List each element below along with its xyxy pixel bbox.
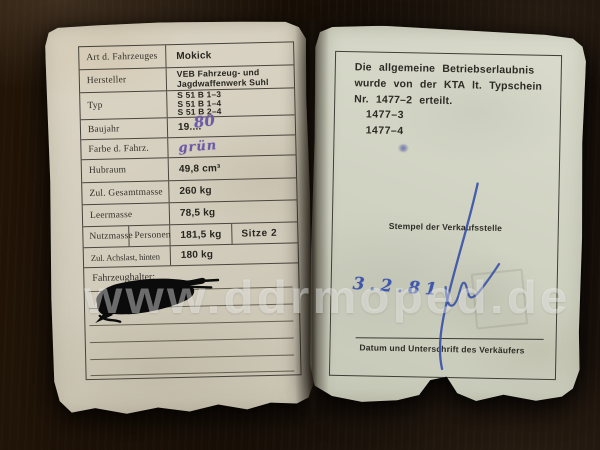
row-label: Hubraum bbox=[82, 158, 169, 182]
signature-caption: Datum und Unterschrift des Verkäufers bbox=[359, 342, 524, 355]
row-label: Zul. Gesamtmasse bbox=[82, 181, 169, 204]
row-value: 260 kg bbox=[169, 178, 296, 202]
typschein-number-3: 1477–3 bbox=[366, 108, 404, 121]
redaction-marker bbox=[89, 269, 224, 327]
photo-of-vehicle-document: Art d. Fahrzeuges Mokick Hersteller VEB … bbox=[0, 0, 600, 450]
ruled-line bbox=[90, 354, 294, 360]
typschein-number-4: 1477–4 bbox=[366, 124, 404, 137]
left-page-wrapper: Art d. Fahrzeuges Mokick Hersteller VEB … bbox=[49, 22, 311, 414]
row-value: S 51 B 1–3 S 51 B 1–4 S 51 B 2–4 bbox=[167, 88, 295, 117]
row-label-split: Nutzmasse Personen bbox=[83, 225, 170, 247]
row-value: grün bbox=[168, 135, 295, 157]
table-row-hubraum: Hubraum 49,8 cm³ bbox=[82, 154, 296, 182]
table-row-typ: Typ S 51 B 1–3 S 51 B 1–4 S 51 B 2–4 bbox=[80, 87, 295, 119]
row-value: 49,8 cm³ bbox=[169, 155, 296, 180]
row-value: Mokick bbox=[166, 42, 293, 67]
hersteller-line2: Jagdwaffenwerk Suhl bbox=[177, 77, 269, 90]
right-page-wrapper: Die allgemeine Betriebserlaubnis wurde v… bbox=[311, 27, 583, 405]
stamp-caption: Stempel der Verkaufsstelle bbox=[389, 221, 503, 233]
personen-label: Personen bbox=[129, 225, 171, 246]
row-label: Farbe d. Fahrz. bbox=[81, 138, 168, 159]
row-label: Zul. Achslast, hinten bbox=[84, 246, 171, 267]
row-value: 19.... 80 bbox=[168, 115, 295, 137]
permit-text: Die allgemeine Betriebserlaubnis wurde v… bbox=[354, 59, 560, 111]
row-label: Hersteller bbox=[80, 68, 167, 92]
ruled-line bbox=[90, 337, 294, 343]
row-label: Baujahr bbox=[81, 118, 168, 139]
vehicle-spec-table: Art d. Fahrzeuges Mokick Hersteller VEB … bbox=[78, 41, 302, 380]
row-value: 78,5 kg bbox=[170, 200, 297, 224]
permit-box: Die allgemeine Betriebserlaubnis wurde v… bbox=[329, 51, 562, 380]
faint-stamp-impression bbox=[471, 268, 528, 329]
row-label: Typ bbox=[80, 91, 168, 119]
row-label: Art d. Fahrzeuges bbox=[79, 45, 166, 69]
nutzmasse-value: 181,5 kg bbox=[170, 224, 232, 245]
table-row-hersteller: Hersteller VEB Fahrzeug- und Jagdwaffenw… bbox=[80, 64, 294, 92]
baujahr-handwritten: 80 bbox=[193, 111, 216, 132]
row-value-split: 181,5 kg Sitze 2 bbox=[170, 222, 297, 245]
sitze-value: Sitze 2 bbox=[232, 222, 297, 243]
ruled-line bbox=[91, 370, 295, 376]
ink-blot bbox=[398, 144, 408, 152]
right-page: Die allgemeine Betriebserlaubnis wurde v… bbox=[307, 24, 586, 407]
row-label: Leermasse bbox=[83, 203, 170, 226]
farbe-handwritten: grün bbox=[178, 138, 218, 156]
nutzmasse-label: Nutzmasse bbox=[83, 226, 129, 247]
left-page: Art d. Fahrzeuges Mokick Hersteller VEB … bbox=[45, 19, 316, 417]
row-value: VEB Fahrzeug- und Jagdwaffenwerk Suhl bbox=[167, 65, 294, 90]
